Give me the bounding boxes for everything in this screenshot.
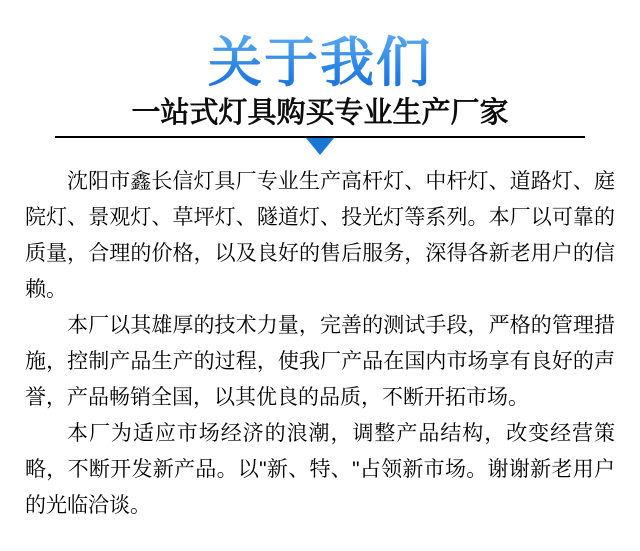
arrow-down-icon [306, 138, 334, 155]
about-paragraph: 沈阳市鑫长信灯具厂专业生产高杆灯、中杆灯、道路灯、庭院灯、景观灯、草坪灯、隧道灯… [25, 164, 615, 308]
page-title: 关于我们 [208, 34, 432, 93]
about-paragraph: 本厂以其雄厚的技术力量，完善的测试手段，严格的管理措施，控制产品生产的过程，使我… [25, 308, 615, 416]
about-text-block: 沈阳市鑫长信灯具厂专业生产高杆灯、中杆灯、道路灯、庭院灯、景观灯、草坪灯、隧道灯… [25, 164, 615, 524]
header-divider [55, 136, 585, 138]
about-us-page: 关于我们 一站式灯具购买专业生产厂家 沈阳市鑫长信灯具厂专业生产高杆灯、中杆灯、… [0, 0, 640, 551]
about-header: 关于我们 一站式灯具购买专业生产厂家 [0, 0, 640, 138]
page-subtitle: 一站式灯具购买专业生产厂家 [0, 97, 640, 129]
about-paragraph: 本厂为适应市场经济的浪潮，调整产品结构，改变经营策略，不断开发新产品。以"新、特… [25, 416, 615, 524]
